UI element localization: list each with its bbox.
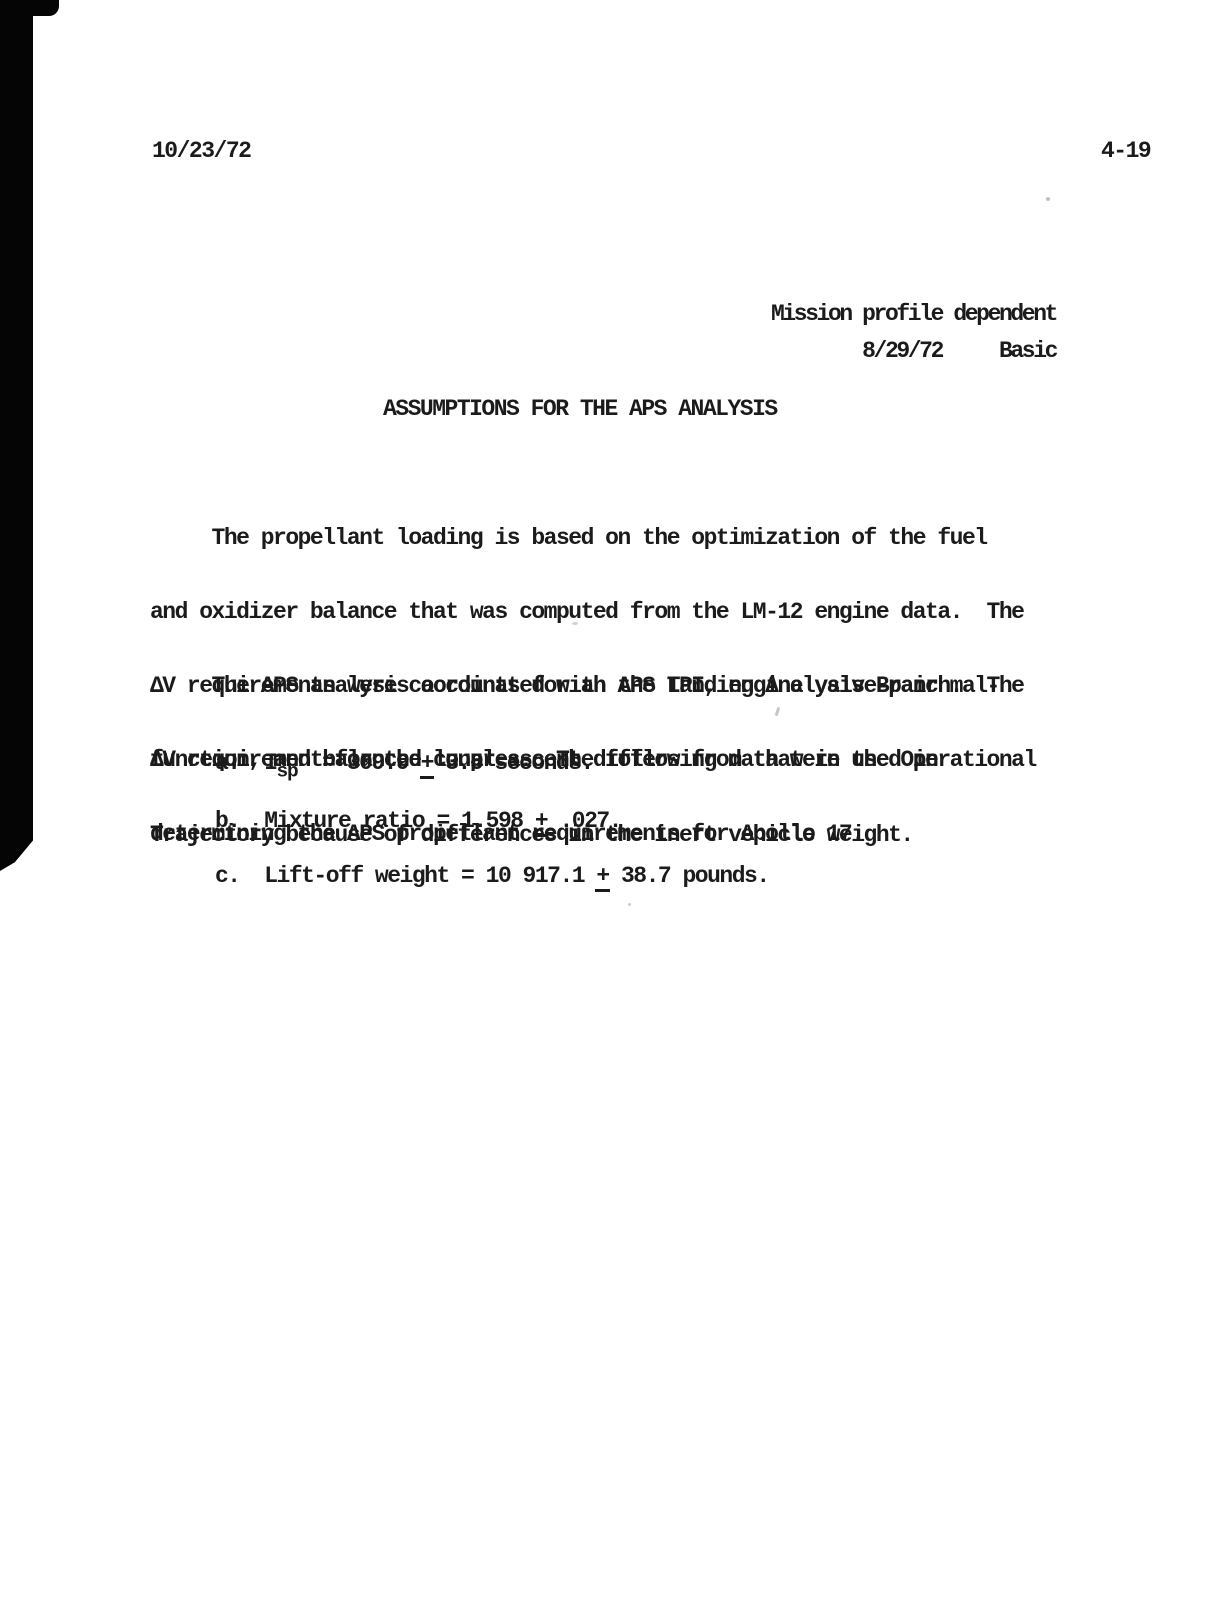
list-item-b: b. Mixture ratio = 1.598 + .027. [215, 809, 621, 837]
page-number: 4-19 [1101, 139, 1150, 164]
annotation-line-2: 8/29/72 Basic [862, 339, 1056, 364]
item-a-value: = 309.9 [298, 750, 421, 776]
item-a-tolerance: 3.5 seconds. [433, 750, 593, 776]
item-c-text: c. Lift-off weight = 10 917.1 [215, 863, 596, 889]
paragraph-line: The propellant loading is based on the o… [150, 526, 1036, 551]
annotation-line-1: Mission profile dependent [771, 302, 1056, 327]
scan-edge-bar [0, 0, 33, 871]
item-a-text: a. I [215, 750, 277, 776]
scan-speck [1046, 197, 1050, 201]
plus-minus-sign: + [595, 865, 609, 892]
document-page: 10/23/72 4-19 Mission profile dependent … [0, 0, 1216, 1615]
page-title: ASSUMPTIONS FOR THE APS ANALYSIS [383, 397, 777, 422]
plus-minus-sign: + [420, 752, 434, 779]
paragraph-line: The APS analysis accounts for an APS TPI… [150, 674, 999, 699]
list-item-a: a. Isp = 309.9 + 3.5 seconds. [215, 751, 593, 784]
item-c-tolerance: 38.7 pounds. [609, 863, 769, 889]
scan-speck [628, 903, 631, 906]
isp-subscript: sp [277, 760, 298, 782]
item-b-tolerance: .027. [547, 808, 621, 834]
paragraph-line: and oxidizer balance that was computed f… [150, 600, 1036, 625]
scan-edge-blob [0, 0, 59, 16]
item-b-text: b. Mixture ratio = 1.598 [215, 808, 535, 834]
header-date: 10/23/72 [152, 139, 250, 164]
list-item-c: c. Lift-off weight = 10 917.1 + 38.7 pou… [215, 864, 769, 892]
